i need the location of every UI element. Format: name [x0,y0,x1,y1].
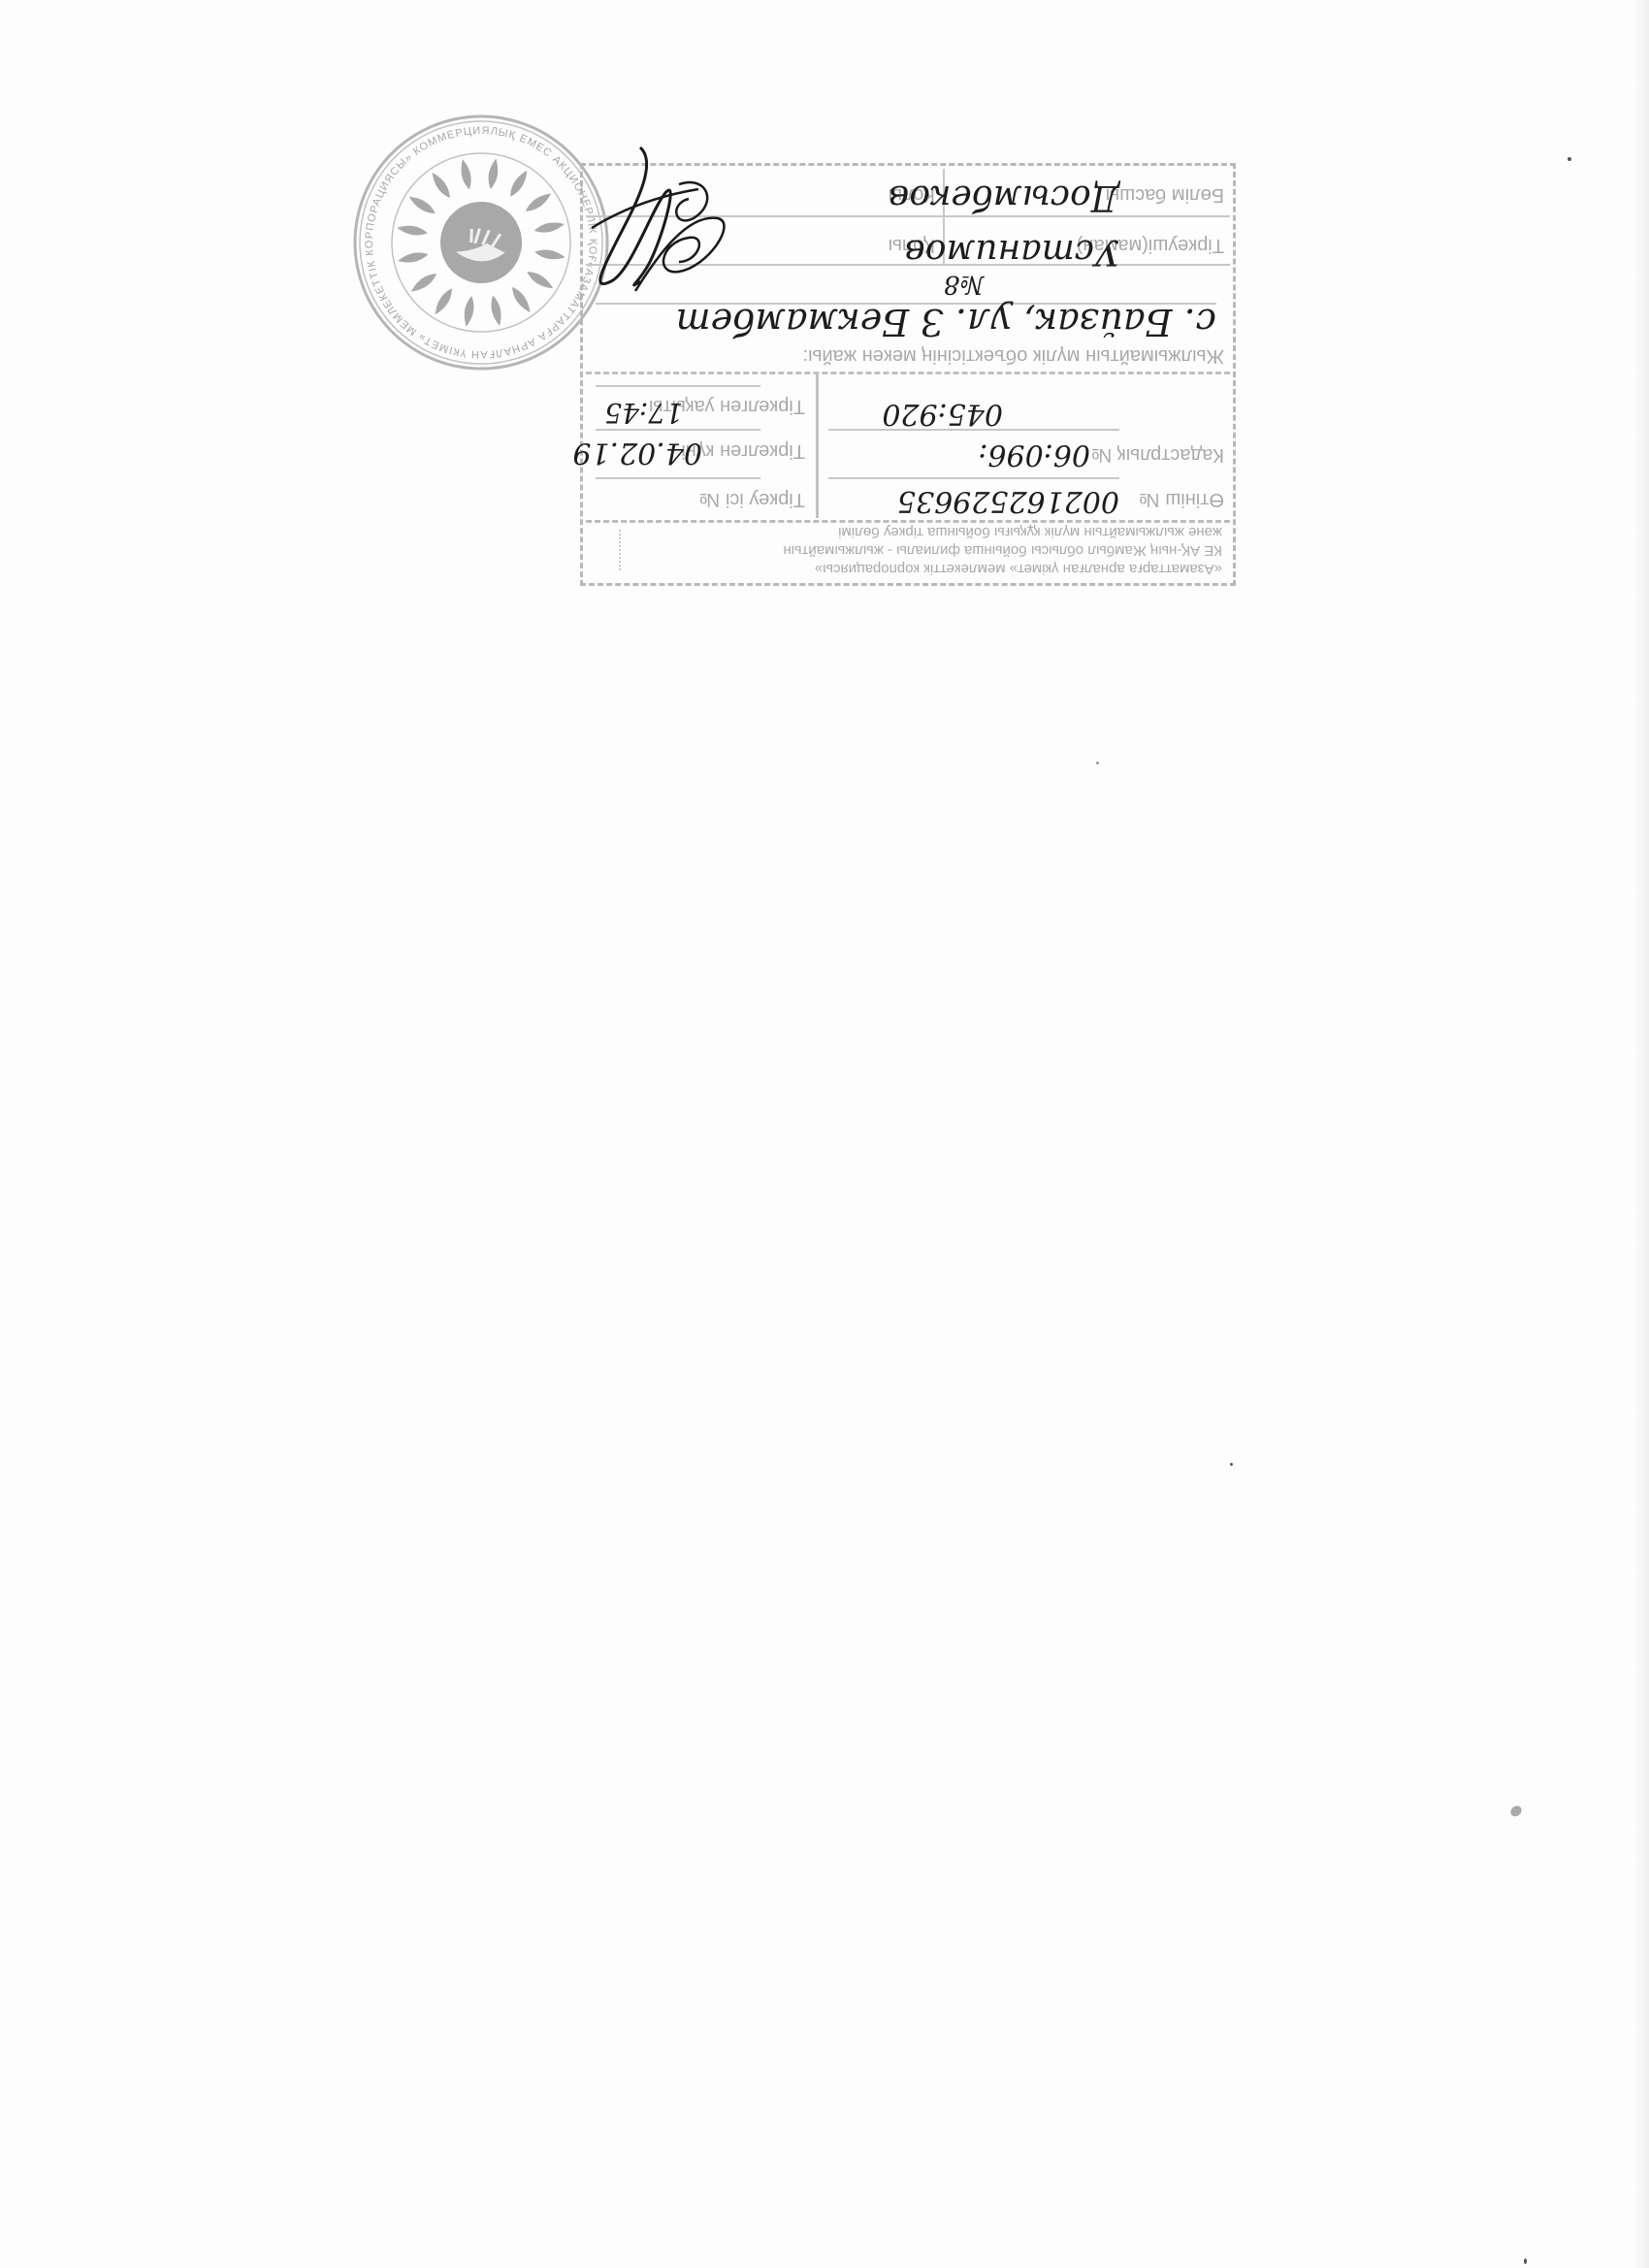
scan-speck [1096,761,1099,764]
underline [596,477,760,479]
row-divider [586,372,1230,374]
registration-case-label: Тіркеу ісі № [699,488,805,510]
application-no-label: Өтініш № [1139,488,1224,510]
header-side-box [590,530,621,570]
underline [596,429,760,431]
scan-smudge [1508,1803,1524,1818]
underline [596,385,760,387]
application-no-value: 002162529635 [897,484,1119,518]
department-head-label: Бөлім басшы [1106,183,1224,206]
department-head-value: Досымбеков [889,178,1119,217]
specialist-value: Устанимов [905,232,1119,272]
property-address-label: Жылжымайтын мүлік объектісінің мекен жай… [803,344,1224,367]
stamp-header: «Азаматтарға арналған үкімет» мемлекетті… [586,520,1230,580]
header-line: КЕ АҚ-ның Жамбыл облысы бойынша филиалы … [594,541,1222,560]
header-line: және жылжымайтын мүлік құқығы бойынша ті… [594,523,1222,541]
registration-date-value: 04.02.19 [572,436,702,470]
registration-time-value: 17:45 [604,397,683,429]
scan-speck [1524,2258,1527,2264]
column-divider [816,373,819,518]
cadastral-no-value-line2: 045:920 [882,397,1003,431]
underline [828,477,1119,479]
header-line: «Азаматтарға арналған үкімет» мемлекетті… [594,560,1222,578]
cadastral-no-label: Кадастрлық № [1091,443,1224,466]
property-address-number: №8 [944,270,984,299]
scan-speck [1568,157,1571,161]
page-edge [1635,0,1649,2268]
scan-speck [1230,1463,1233,1466]
cadastral-no-value-line1: 06:096: [978,437,1090,471]
signature-department-head [621,194,737,301]
